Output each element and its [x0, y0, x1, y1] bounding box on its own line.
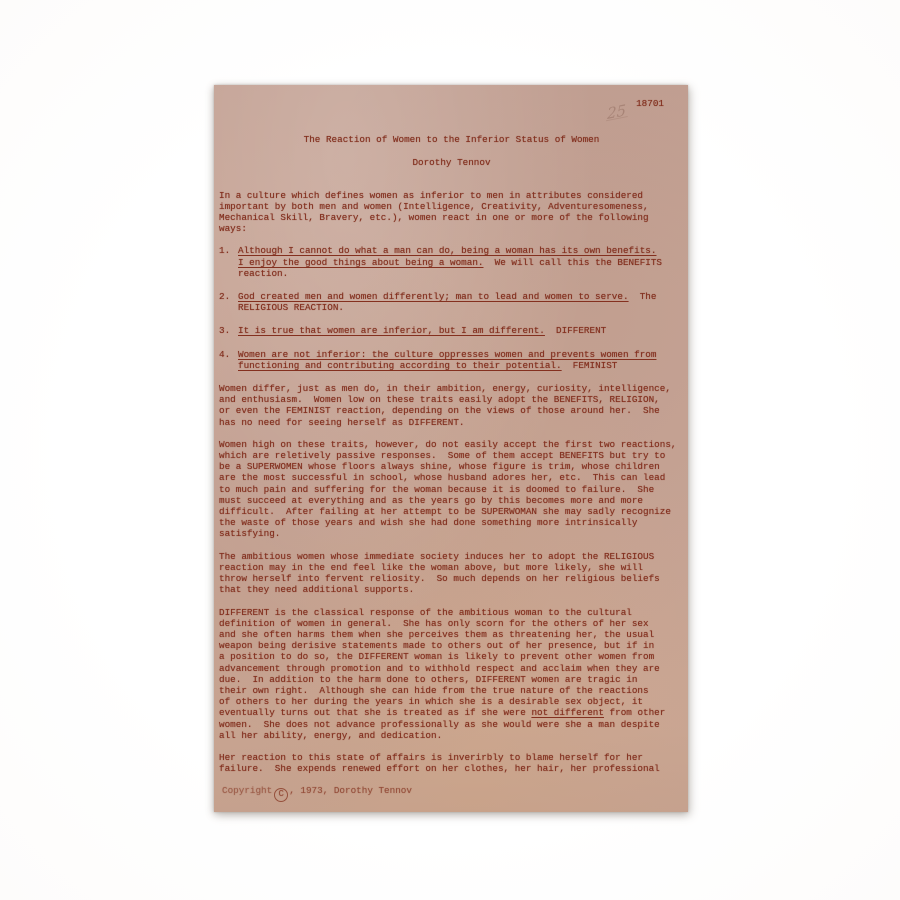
- copyright-symbol-icon: C: [274, 788, 288, 802]
- body-text: Her reaction to this state of affairs is…: [219, 752, 660, 774]
- list-item: 4.Women are not inferior: the culture op…: [219, 349, 684, 371]
- copyright-word: Copyright: [222, 785, 272, 796]
- underlined-text: God created men and women differently; m…: [238, 291, 629, 302]
- paragraph: Her reaction to this state of affairs is…: [219, 752, 684, 774]
- list-item-text: Women are not inferior: the culture oppr…: [238, 349, 656, 371]
- body-text: The ambitious women whose immediate soci…: [219, 551, 660, 596]
- underlined-text: not different: [531, 707, 604, 718]
- document-body: In a culture which defines women as infe…: [219, 190, 684, 775]
- paragraph: DIFFERENT is the classical response of t…: [219, 607, 684, 741]
- document-title: The Reaction of Women to the Inferior St…: [219, 134, 684, 145]
- body-text: FEMINIST: [562, 360, 618, 371]
- list-marker: 2.: [219, 291, 238, 313]
- list-item: 1.Although I cannot do what a man can do…: [219, 245, 684, 279]
- underlined-text: It is true that women are inferior, but …: [238, 325, 545, 336]
- document-author: Dorothy Tennov: [219, 157, 684, 168]
- body-text: Women high on these traits, however, do …: [219, 439, 676, 540]
- list-marker: 1.: [219, 245, 238, 279]
- page-number: 18701: [219, 98, 664, 109]
- pencil-mark: 25: [606, 105, 628, 122]
- scan-background: 18701 25 The Reaction of Women to the In…: [0, 0, 900, 900]
- document-page: 18701 25 The Reaction of Women to the In…: [214, 85, 688, 812]
- body-text: In a culture which defines women as infe…: [219, 190, 649, 235]
- list-item: 2.God created men and women differently;…: [219, 291, 684, 313]
- list-marker: 4.: [219, 349, 238, 371]
- body-text: DIFFERENT: [545, 325, 606, 336]
- paragraph: The ambitious women whose immediate soci…: [219, 551, 684, 596]
- list-item-text: Although I cannot do what a man can do, …: [238, 245, 662, 279]
- list-item-text: God created men and women differently; m…: [238, 291, 656, 313]
- list-item-text: It is true that women are inferior, but …: [238, 325, 606, 336]
- copyright-text: , 1973, Dorothy Tennov: [289, 785, 412, 796]
- list-item: 3.It is true that women are inferior, bu…: [219, 325, 684, 336]
- copyright-line: CopyrightC, 1973, Dorothy Tennov: [222, 785, 684, 802]
- body-text: DIFFERENT is the classical response of t…: [219, 607, 660, 719]
- paragraph: Women high on these traits, however, do …: [219, 439, 684, 540]
- paragraph: Women differ, just as men do, in their a…: [219, 383, 684, 428]
- paragraph: In a culture which defines women as infe…: [219, 190, 684, 235]
- body-text: Women differ, just as men do, in their a…: [219, 383, 671, 428]
- list-marker: 3.: [219, 325, 238, 336]
